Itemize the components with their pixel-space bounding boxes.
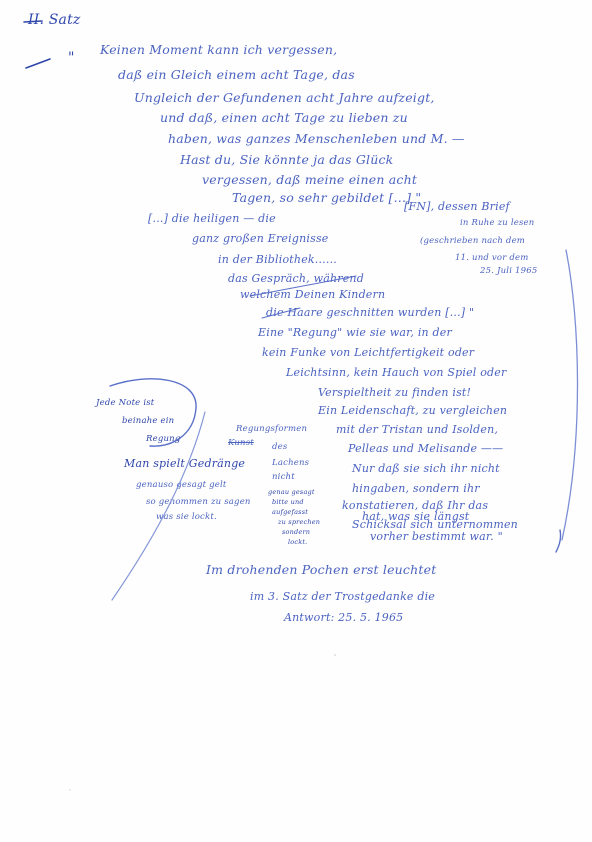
- middle-note-line: nicht: [272, 472, 295, 482]
- main-quote-line: Ungleich der Gefundenen acht Jahre aufze…: [134, 90, 435, 105]
- opening-quote-mark: ": [68, 50, 75, 66]
- middle-note-line: Regungsformen: [236, 424, 307, 434]
- margin-note-line: was sie lockt.: [156, 512, 217, 522]
- second-block-line: das Gespräch, während: [228, 272, 364, 285]
- middle-note-line: sondern: [282, 528, 310, 536]
- closing-note-line: Im drohenden Pochen erst leuchtet: [206, 562, 436, 577]
- closing-note-line: Antwort: 25. 5. 1965: [284, 611, 403, 624]
- third-block-line: Ein Leidenschaft, zu vergleichen: [318, 404, 507, 417]
- main-quote-line: Hast du, Sie könnte ja das Glück: [180, 152, 393, 167]
- main-quote-line: Tagen, so sehr gebildet [...] ": [232, 190, 421, 205]
- third-block-line: kein Funke von Leichtfertigkeit oder: [262, 346, 474, 359]
- third-block-line: mit der Tristan und Isolden,: [336, 423, 498, 436]
- third-block-line: hat, was sie längst: [362, 510, 469, 523]
- third-block-line: vorher bestimmt war. ": [370, 530, 503, 543]
- third-block-line: Nur daß sie sich ihr nicht: [352, 462, 500, 475]
- margin-note-circled: Regung: [146, 434, 180, 444]
- closing-note-line: im 3. Satz der Trostgedanke die: [250, 590, 435, 603]
- third-block-line: Eine "Regung" wie sie war, in der: [258, 326, 452, 339]
- right-note-line: in Ruhe zu lesen: [460, 218, 534, 228]
- main-quote-line: und daß, einen acht Tage zu lieben zu: [160, 110, 408, 125]
- margin-note-circled: beinahe ein: [122, 416, 174, 426]
- right-note-line: [FN], dessen Brief: [404, 200, 510, 213]
- third-block-line: Leichtsinn, kein Hauch von Spiel oder: [286, 366, 506, 379]
- second-block-line: die Haare geschnitten wurden [...] ": [266, 306, 474, 319]
- second-block-line: ganz großen Ereignisse: [192, 232, 329, 245]
- middle-note-line: bitte und: [272, 498, 304, 506]
- right-note-line: (geschrieben nach dem: [420, 236, 525, 246]
- movement-heading: II. Satz: [28, 12, 81, 28]
- middle-note-line: lockt.: [288, 538, 307, 546]
- second-block-line: welchem Deinen Kindern: [240, 288, 385, 301]
- middle-note-line: aufgefasst: [272, 508, 308, 516]
- main-quote-line: daß ein Gleich einem acht Tage, das: [118, 67, 355, 82]
- right-note-line: 11. und vor dem: [455, 253, 529, 263]
- margin-note-line: so genommen zu sagen: [146, 497, 251, 507]
- margin-note-circled: Jede Note ist: [96, 398, 154, 408]
- main-quote-line: vergessen, daß meine einen acht: [202, 172, 417, 187]
- manuscript-page: II. Satz " Keinen Moment kann ich verges…: [0, 0, 592, 842]
- right-note-line: 25. Juli 1965: [480, 266, 537, 276]
- middle-note-line: des: [272, 442, 287, 452]
- middle-note-line: Lachens: [272, 458, 309, 468]
- main-quote-line: Keinen Moment kann ich vergessen,: [100, 42, 337, 57]
- third-block-line: Verspieltheit zu finden ist!: [318, 386, 471, 399]
- middle-note-line: zu sprechen: [278, 518, 320, 526]
- middle-note-line: genau gesagt: [268, 488, 315, 496]
- second-block-line: in der Bibliothek......: [218, 253, 337, 266]
- main-quote-line: haben, was ganzes Menschenleben und M. —: [168, 131, 465, 146]
- margin-note-line: Man spielt Gedränge: [124, 457, 245, 470]
- third-block-line: hingaben, sondern ihr: [352, 482, 480, 495]
- middle-note-line: Kunst: [228, 438, 254, 448]
- third-block-line: Pelleas und Melisande ——: [348, 442, 503, 455]
- margin-note-line: genauso gesagt gelt: [136, 480, 227, 490]
- pen-strokes: [0, 0, 592, 842]
- second-block-line: [...] die heiligen — die: [148, 212, 276, 225]
